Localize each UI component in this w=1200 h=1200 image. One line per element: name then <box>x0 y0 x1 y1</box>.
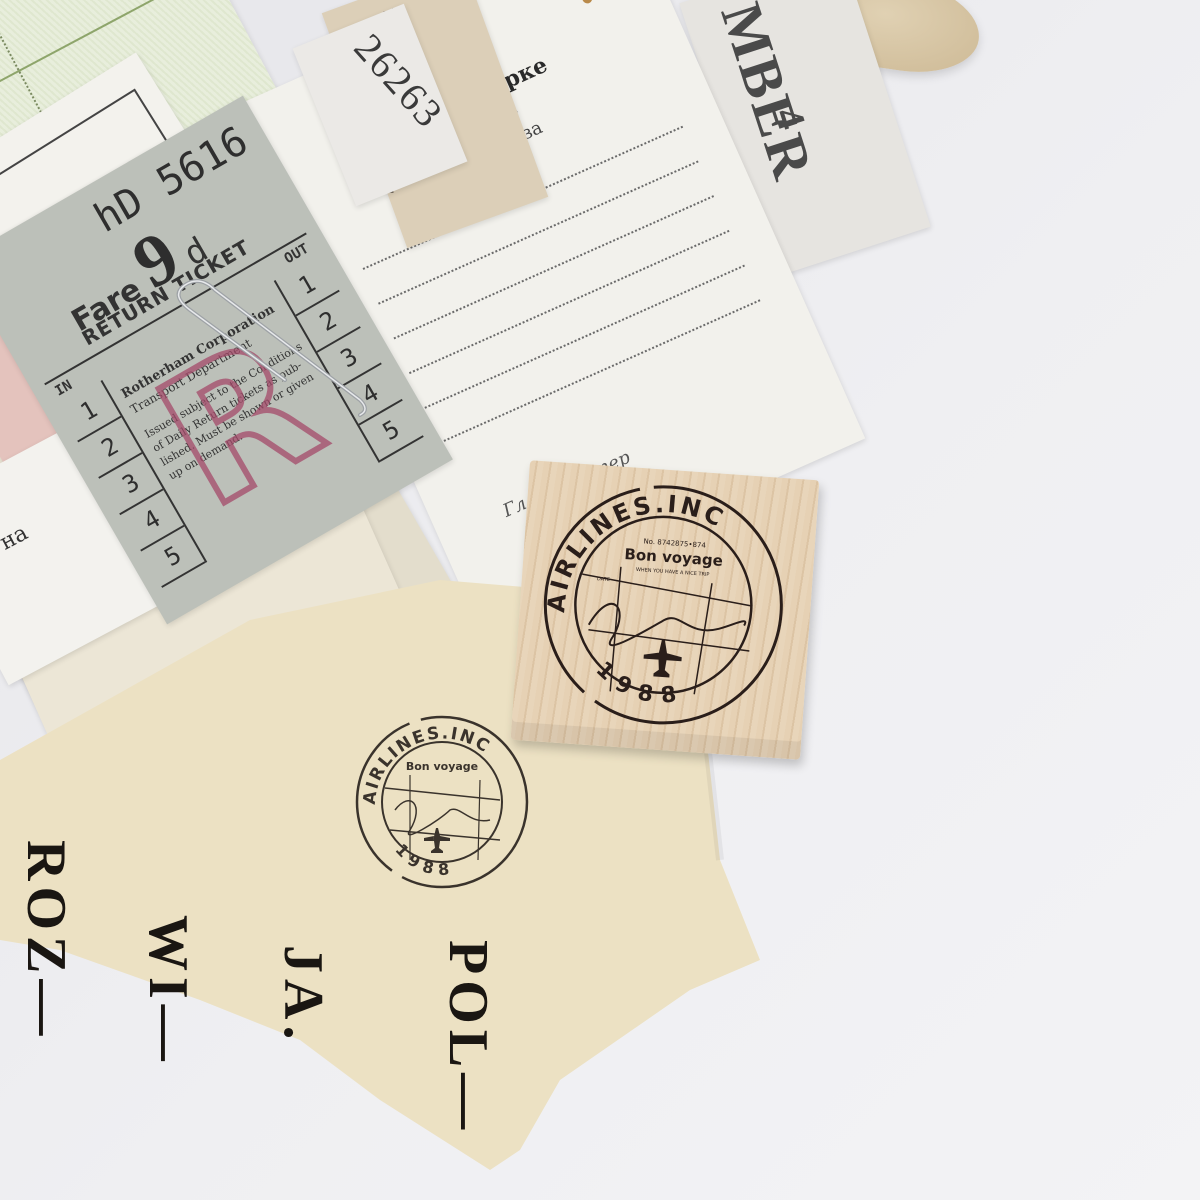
stamp-arc-bottom: 1988 <box>589 656 691 711</box>
paperclip-icon <box>160 270 380 420</box>
airplane-icon <box>642 639 682 679</box>
stamp-impression: AIRLINES.INC 1988 Bon voyage <box>350 710 535 895</box>
left-fragment-text: на <box>0 520 32 555</box>
punch-hole <box>581 0 594 5</box>
stamp-subline: WHEN YOU HAVE A NICE TRIP <box>636 567 710 578</box>
stencil-word: JA. <box>271 945 335 1045</box>
impression-arc-bottom: 1988 <box>392 840 456 879</box>
impression-headline: Bon voyage <box>406 760 478 773</box>
photo-scene: MBER 4 ...ии. проверке чеков ...го раза … <box>0 0 1200 1200</box>
stencil-word: WI— <box>136 915 200 1067</box>
stamp-face-design: AIRLINES.INC 1988 No. 8742875•874 Bon vo… <box>511 460 820 760</box>
stencil-word: POL— <box>436 940 500 1135</box>
wooden-stamp: AIRLINES.INC 1988 No. 8742875•874 Bon vo… <box>511 460 820 760</box>
stencil-word: ROZ— <box>14 840 78 1041</box>
svg-text:1988: 1988 <box>589 656 691 711</box>
svg-text:1988: 1988 <box>392 840 456 879</box>
